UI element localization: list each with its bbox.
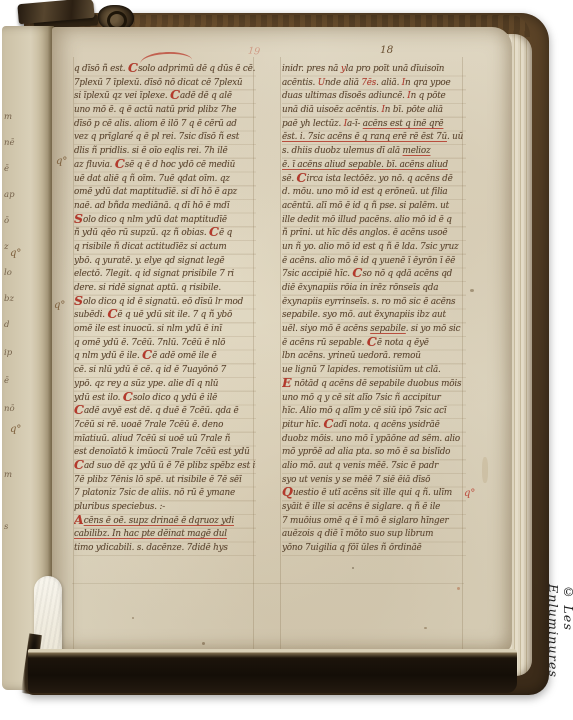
ink-text: acēntū. alī mō ē id q ñ pse. si palēm. u… (282, 201, 449, 211)
ink-text: ē q uē ydū sit ile. 7 q ñ ybō (117, 310, 232, 320)
ink-text: omē ydū dat maptitudīē. si dī hō ē apz (74, 187, 237, 197)
ink-text: s. dhiis duobz ulemus dī alā (282, 146, 403, 156)
manuscript-line: ē acēns. alio mō ē id q yuenē ī ēyrōn ī … (282, 255, 466, 269)
ink-text: ē. ī acēns aliud sepable. bī. acēns aliu… (282, 160, 448, 170)
ink-text: un ñ yo. alio mō id est q ñ ē lda. 7sic … (282, 242, 458, 252)
ink-text: q nlm ydū ē ile. (74, 351, 142, 361)
ink-text: ue lignū 7 lapides. remotisiūm ut clā. (282, 365, 441, 375)
ink-text: cabilibz. In hac pte dēinat magē dul (74, 529, 227, 539)
margin-mark: q° (10, 424, 21, 435)
ink-text: acēns est q inē qrē (363, 119, 444, 129)
sliver-text-fragment: bz (4, 294, 14, 304)
ink-text: d. mōu. uno mō id est q erōneū. ut filia (282, 187, 447, 197)
sliver-text-fragment: nē (4, 138, 15, 148)
ink-text: n qra ypoe (405, 78, 450, 88)
manuscript-line: 7sic accipiē hīc. Cso nō q qdā acēns qd (282, 268, 466, 282)
manuscript-line: lbn acēns. yrineū uedorā. remoū (282, 350, 466, 364)
ink-text: az fluvia. (74, 160, 115, 170)
manuscript-line: paē yh lectūz. Ia-ī- acēns est q inē qrē (282, 118, 466, 132)
manuscript-line: s. dhiis duobz ulemus dī alā melioz (282, 145, 466, 159)
margin-mark: q° (10, 248, 21, 259)
ink-text: 7 platoniz 7sic de aliis. nō rū ē ymane (74, 488, 235, 498)
ink-text: timo ydicabili. s. dacēnze. 7didē hys (74, 543, 228, 553)
sliver-text-fragment: ip (4, 348, 12, 358)
manuscript-line: pitur hīc. Cadī nota. q acēns ysidrāē (282, 419, 466, 433)
manuscript-line: unā diā uisoēz acēntis. In bī. pōte aliā (282, 104, 466, 118)
manuscript-line: yōno 7uigilia q fōī ūles ñ ōrdināē (282, 542, 466, 556)
manuscript-line: si īplexū qz vei īplexe. Cadē dē q alē (74, 90, 256, 104)
manuscript-line: acēntis. Unde aliā 7ēs. aliā. In qra ypo… (282, 77, 466, 91)
manuscript-line: 7cēū si rē. uoaē 7rale 7cēū ē. deno (74, 419, 256, 433)
ink-text: n bī. pōte aliā (385, 105, 443, 115)
manuscript-line: cē. si nlū ydū ē cē. q id ē 7uayōnō 7 (74, 364, 256, 378)
manuscript-line: ñ prīni. ut hīc dēs anglos. ē acēns usoē (282, 227, 466, 241)
sliver-text-fragment: z (4, 242, 8, 252)
manuscript-line: dīsō p cē alis. aliom ē ilō 7 q ē cērū a… (74, 118, 256, 132)
manuscript-line: duas ultimas dīsoēs adiuncē. In q pōte (282, 90, 466, 104)
ink-text: uno mō ē. q ē actū natū prid plibz 7he (74, 105, 236, 115)
ink-text: hīc. Alio mō q alīm y cē siū ipō 7sic ac… (282, 406, 446, 416)
ink-text: paē yh lectūz. (282, 119, 344, 129)
manuscript-line: sē. Circa ista lectōēz. yo nō. q acēns d… (282, 173, 466, 187)
stain-speck (202, 642, 205, 645)
red-initial: C (115, 159, 125, 171)
manuscript-line: ybō. q yuratē. y. elye qd signat legē (74, 255, 256, 269)
ink-text: . aliā. (376, 78, 402, 88)
manuscript-line: q risibile ñ dicat actitudīēz si actum (74, 241, 256, 255)
ink-text: . uū (447, 132, 463, 142)
ink-text: ē acēns. alio mō ē id q yuenē ī ēyrōn ī … (282, 256, 455, 266)
manuscript-line: Solo dico q nlm ydū dat maptitudīē (74, 214, 256, 228)
manuscript-line: ypō. qz rey a sūz ype. alie dī q nlū (74, 378, 256, 392)
ink-text: lbn acēns. yrineū uedorā. remoū (282, 351, 421, 361)
ink-text: nde aliā (325, 78, 361, 88)
ink-text: 7ē plibz 7ēnis lō spē. ut risibile ē 7ē … (74, 475, 242, 485)
ink-text: dlis ñ pridlis. si ē oīo eqlis rei. 7h i… (74, 146, 227, 156)
red-initial: S (74, 296, 83, 308)
ink-text: pluribus speciebus. :- (74, 502, 165, 512)
manuscript-line: Cad suo dē qz ydū ū ē 7ē plibz spēbz est… (74, 460, 256, 474)
ink-text: n q pōte (411, 91, 446, 101)
manuscript-line: omē ydū dat maptitudīē. si dī hō ē apz (74, 186, 256, 200)
ink-text: a-ī- (347, 119, 363, 129)
manuscript-page: q dīsō ñ est. Csolo adprimū dē q dūs ē c… (52, 27, 512, 654)
manuscript-photo: q dīsō ñ est. Csolo adprimū dē q dūs ē c… (0, 0, 573, 720)
ink-text: sepabile (370, 324, 405, 334)
ink-text: naē. ad bñda mediānā. q dī hō ē mdī (74, 201, 229, 211)
red-letter: U (318, 78, 325, 88)
manuscript-line: diē ēxynapiis rōia in irēz rōnseīs qda (282, 282, 466, 296)
ink-text: duas ultimas dīsoēs adiuncē. (282, 91, 407, 101)
sliver-text-fragment: m (4, 112, 12, 122)
red-initial: Q (282, 487, 293, 499)
red-letter: 7ēs (361, 78, 376, 88)
manuscript-line: acēntū. alī mō ē id q ñ pse. si palēm. u… (282, 200, 466, 214)
manuscript-line: q omē ydū ē. 7cēū. 7nlū. 7cēū ē nlō (74, 337, 256, 351)
manuscript-line: 7 muōius omē q ē ī mō ē siglaro hīnger (282, 515, 466, 529)
sliver-text-fragment: s (4, 522, 8, 532)
ink-text: irca ista lectōēz. yo nō. q acēns dē (306, 174, 452, 184)
ink-text: so nō q qdā acēns qd (362, 269, 452, 279)
ink-text: vez q prīglaré q ē pl rei. 7sic dīsō ñ e… (74, 132, 239, 142)
ink-text: dīsō p cē alis. aliom ē ilō 7 q ē cērū a… (74, 119, 237, 129)
ink-text: cēns ē oē. supz drinaē ē dqruoz ydi (84, 516, 234, 526)
red-initial: S (74, 214, 83, 226)
stain-speck (470, 289, 474, 292)
manuscript-line: ue lignū 7 lapides. remotisiūm ut clā. (282, 364, 466, 378)
manuscript-line: az fluvia. Csē q ē d hoc ydō cē mediū (74, 159, 256, 173)
ink-text: adē avyē est dē. q duē ē 7cēū. qda ē (84, 406, 239, 416)
ink-text: dere. si ridē signat aptū. q risibile. (74, 283, 221, 293)
ink-text: ēst. i. 7sic acēns ē q ranq erē rē ēst 7… (282, 132, 447, 142)
copyright-label: © Les Enluminures (546, 584, 573, 720)
margin-mark: 18 (380, 44, 393, 56)
margin-mark: q° (56, 156, 67, 167)
ink-text: ē nota q ēyē (377, 338, 429, 348)
ink-text: ē adē omē ile ē (152, 351, 216, 361)
left-text-column: q dīsō ñ est. Csolo adprimū dē q dūs ē c… (74, 63, 256, 559)
ink-text: yōno 7uigilia q fōī ūles ñ ōrdināē (282, 543, 422, 553)
manuscript-line: est denoīatō k imūocū 7rale 7cēū est ydū (74, 446, 256, 460)
ink-text: mīatiuū. aliud 7cēū si uoē uū 7rale ñ (74, 434, 230, 444)
red-initial: C (142, 350, 152, 362)
ink-text: melioz (403, 146, 431, 156)
manuscript-line: uēl. siyo mō ē acēns sepabile. si yo mō … (282, 323, 466, 337)
stain-speck (424, 627, 427, 629)
sliver-text-fragment: d (4, 320, 9, 330)
sliver-text-fragment: ō (4, 216, 9, 226)
manuscript-line: q nlm ydū ē ile. Cē adē omē ile ē (74, 350, 256, 364)
manuscript-line: ē acēns rū sepable. Cē nota q ēyē (282, 337, 466, 351)
manuscript-line: naē. ad bñda mediānā. q dī hō ē mdī (74, 200, 256, 214)
manuscript-line: omē ile est inuocū. si nlm ydū ē inī (74, 323, 256, 337)
red-initial: A (74, 515, 84, 527)
ink-text: q risibile ñ dicat actitudīēz si actum (74, 242, 226, 252)
ruling-line-vertical (280, 57, 281, 649)
ink-text: uno mō q y cē sit alīo 7sic ñ accipitur (282, 393, 441, 403)
ink-text: ille dedit mō illud pacēns. alio mō id ē… (282, 215, 452, 225)
ink-text: q dīsō ñ est. (74, 64, 128, 74)
red-initial: C (128, 63, 138, 75)
manuscript-line: mō yprōē ad alia pta. so mō ē sa bislīdo (282, 446, 466, 460)
ink-text: electō. 7legit. q id signat prisibile 7 … (74, 269, 234, 279)
red-initial: C (323, 419, 333, 431)
manuscript-line: mīatiuū. aliud 7cēū si uoē uū 7rale ñ (74, 433, 256, 447)
manuscript-line: ēxynapiis eyrrinseīs. s. ro mō sic ē acē… (282, 296, 466, 310)
ink-text: est denoīatō k imūocū 7rale 7cēū est ydū (74, 447, 250, 457)
manuscript-line: ydū est ilo. Csolo dico q ydū ē ilē (74, 392, 256, 406)
stain-speck (457, 587, 460, 590)
red-initial: C (209, 227, 219, 239)
manuscript-line: auēzois q diē ī mōto suo sup librum (282, 528, 466, 542)
ink-text: inidr. pres nā (282, 64, 341, 74)
stain-streak (482, 457, 488, 483)
manuscript-line: uno mō q y cē sit alīo 7sic ñ accipitur (282, 392, 466, 406)
ink-text: 7sic accipiē hīc. (282, 269, 352, 279)
ink-text: acēntis. (282, 78, 318, 88)
ink-text: syo ut venis y se mēē 7 siē ēiā dīsō (282, 475, 430, 485)
margin-mark: q° (464, 488, 475, 499)
manuscript-line: d. mōu. uno mō id est q erōneū. ut filia (282, 186, 466, 200)
ink-text: uē dat aliē q ñ oīm. 7uē qdat oīm. qz (74, 174, 230, 184)
red-initial: C (352, 268, 362, 280)
ink-text: adī nota. q acēns ysidrāē (333, 420, 439, 430)
ink-text: subēdi. (74, 310, 107, 320)
ink-text: . si yo mō sic (406, 324, 461, 334)
ink-text: sē q ē d hoc ydō cē mediū (125, 160, 235, 170)
ink-text: 7 muōius omē q ē ī mō ē siglaro hīnger (282, 516, 449, 526)
manuscript-line: ñ ydū qēo rū supzū. qz ñ obias. Cē q (74, 227, 256, 241)
ink-text: auēzois q diē ī mōto suo sup librum (282, 529, 433, 539)
manuscript-line: alio mō. aut q venis mēē. 7sic ē padr (282, 460, 466, 474)
manuscript-line: dlis ñ pridlis. si ē oīo eqlis rei. 7h i… (74, 145, 256, 159)
red-initial: C (367, 337, 377, 349)
ink-text: sē. (282, 174, 297, 184)
ink-text: diē ēxynapiis rōia in irēz rōnseīs qda (282, 283, 438, 293)
ink-text: ñ ydū qēo rū supzū. qz ñ obias. (74, 228, 209, 238)
ink-text: ypō. qz rey a sūz ype. alie dī q nlū (74, 379, 218, 389)
ink-text: omē ile est inuocū. si nlm ydū ē inī (74, 324, 222, 334)
manuscript-line: Questio ē utī acēns sit ille qui q ñ. ul… (282, 487, 466, 501)
stain-speck (352, 567, 354, 569)
ink-text: unā diā uisoēz acēntis. (282, 105, 381, 115)
ink-text: q omē ydū ē. 7cēū. 7nlū. 7cēū ē nlō (74, 338, 225, 348)
ink-text: ēxynapiis eyrrinseīs. s. ro mō sic ē acē… (282, 297, 455, 307)
manuscript-line: electō. 7legit. q id signat prisibile 7 … (74, 268, 256, 282)
ink-text: adē dē q alē (180, 91, 232, 101)
manuscript-line: ē. ī acēns aliud sepable. bī. acēns aliu… (282, 159, 466, 173)
manuscript-line: E nōtād q acēns dē sepabile duobus mōis (282, 378, 466, 392)
manuscript-line: sepabile. syo mō. aut ēxynapiis ibz aut (282, 309, 466, 323)
ink-text: ydū est ilo. (74, 393, 123, 403)
sliver-text-fragment: ē (4, 376, 9, 386)
manuscript-line: ille dedit mō illud pacēns. alio mō id ē… (282, 214, 466, 228)
bottom-page-edges (28, 649, 517, 693)
sliver-text-fragment: ap (4, 190, 15, 200)
manuscript-line: uno mō ē. q ē actū natū prid plibz 7he (74, 104, 256, 118)
ink-text: si īplexū qz vei īplexe. (74, 91, 170, 101)
manuscript-line: syāit ē ille si acēns ē siglare. q ñ ē i… (282, 501, 466, 515)
ink-text: pitur hīc. (282, 420, 323, 430)
manuscript-line: dere. si ridē signat aptū. q risibile. (74, 282, 256, 296)
ink-text: solo dico q ydū ē ilē (133, 393, 217, 403)
ink-text: nōtād q acēns dē sepabile duobus mōis (292, 379, 462, 389)
ink-text: ybō. q yuratē. y. elye qd signat legē (74, 256, 224, 266)
manuscript-line: 7 platoniz 7sic de aliis. nō rū ē ymane (74, 487, 256, 501)
ink-text: syāit ē ille si acēns ē siglare. q ñ ē i… (282, 502, 440, 512)
sliver-text-fragment: nō (4, 404, 15, 414)
ink-text: ē q (219, 228, 232, 238)
red-initial: C (123, 392, 133, 404)
ink-text: mō yprōē ad alia pta. so mō ē sa bislīdo (282, 447, 450, 457)
ink-text: ñ prīni. ut hīc dēs anglos. ē acēns usoē (282, 228, 447, 238)
ink-text: 7cēū si rē. uoaē 7rale 7cēū ē. deno (74, 420, 223, 430)
red-initial: C (74, 460, 84, 472)
sliver-text-fragment: ē (4, 164, 9, 174)
manuscript-line: 7plexū 7 īplexū. dīsō nō dicat cē 7plexū (74, 77, 256, 91)
manuscript-line: un ñ yo. alio mō id est q ñ ē lda. 7sic … (282, 241, 466, 255)
manuscript-line: vez q prīglaré q ē pl rei. 7sic dīsō ñ e… (74, 131, 256, 145)
manuscript-line: cabilibz. In hac pte dēinat magē dul (74, 528, 256, 542)
red-initial: C (74, 405, 84, 417)
manuscript-line: syo ut venis y se mēē 7 siē ēiā dīsō (282, 474, 466, 488)
ink-text: 7plexū 7 īplexū. dīsō nō dicat cē 7plexū (74, 78, 242, 88)
sliver-text-fragment: lo (4, 268, 12, 278)
ink-text: duobz mōis. uno mō ī ypāōne ad sēm. alio (282, 434, 460, 444)
red-initial: C (297, 173, 307, 185)
red-initial: C (107, 309, 117, 321)
ink-text: uēl. siyo mō ē acēns (282, 324, 370, 334)
right-text-column: inidr. pres nā yla pro poīt unā dīuisoīn… (282, 63, 466, 559)
ink-text: uestio ē utī acēns sit ille qui q ñ. ulī… (293, 488, 452, 498)
manuscript-line: uē dat aliē q ñ oīm. 7uē qdat oīm. qz (74, 173, 256, 187)
manuscript-line: subēdi. Cē q uē ydū sit ile. 7 q ñ ybō (74, 309, 256, 323)
red-initial: C (170, 90, 180, 102)
manuscript-line: ēst. i. 7sic acēns ē q ranq erē rē ēst 7… (282, 131, 466, 145)
ink-text: ē acēns rū sepable. (282, 338, 367, 348)
ink-text: cē. si nlū ydū ē cē. q id ē 7uayōnō 7 (74, 365, 226, 375)
manuscript-line: Cadē avyē est dē. q duē ē 7cēū. qda ē (74, 405, 256, 419)
ink-text: la pro poīt unā dīuisoīn (346, 64, 445, 74)
manuscript-line: inidr. pres nā yla pro poīt unā dīuisoīn (282, 63, 466, 77)
ink-text: sepabile. syo mō. aut ēxynapiis ibz aut (282, 310, 446, 320)
ruling-line-horizontal (72, 583, 464, 584)
ink-text: ad suo dē qz ydū ū ē 7ē plibz spēbz est … (84, 461, 256, 471)
ink-text: alio mō. aut q venis mēē. 7sic ē padr (282, 461, 438, 471)
manuscript-line: duobz mōis. uno mō ī ypāōne ad sēm. alio (282, 433, 466, 447)
margin-mark: 19 (247, 45, 260, 57)
ink-text: olo dico q id ē signatū. eō dīsū lr mod (83, 297, 243, 307)
stain-speck (132, 617, 134, 619)
red-initial: E (282, 378, 292, 390)
manuscript-line: 7ē plibz 7ēnis lō spē. ut risibile ē 7ē … (74, 474, 256, 488)
manuscript-line: pluribus speciebus. :- (74, 501, 256, 515)
ink-text: olo dico q nlm ydū dat maptitudīē (83, 215, 227, 225)
manuscript-line: Acēns ē oē. supz drinaē ē dqruoz ydi (74, 515, 256, 529)
margin-mark: q° (54, 300, 65, 311)
sliver-text-fragment: m (4, 470, 12, 480)
manuscript-line: Solo dico q id ē signatū. eō dīsū lr mod (74, 296, 256, 310)
manuscript-line: hīc. Alio mō q alīm y cē siū ipō 7sic ac… (282, 405, 466, 419)
manuscript-line: timo ydicabili. s. dacēnze. 7didē hys (74, 542, 256, 556)
